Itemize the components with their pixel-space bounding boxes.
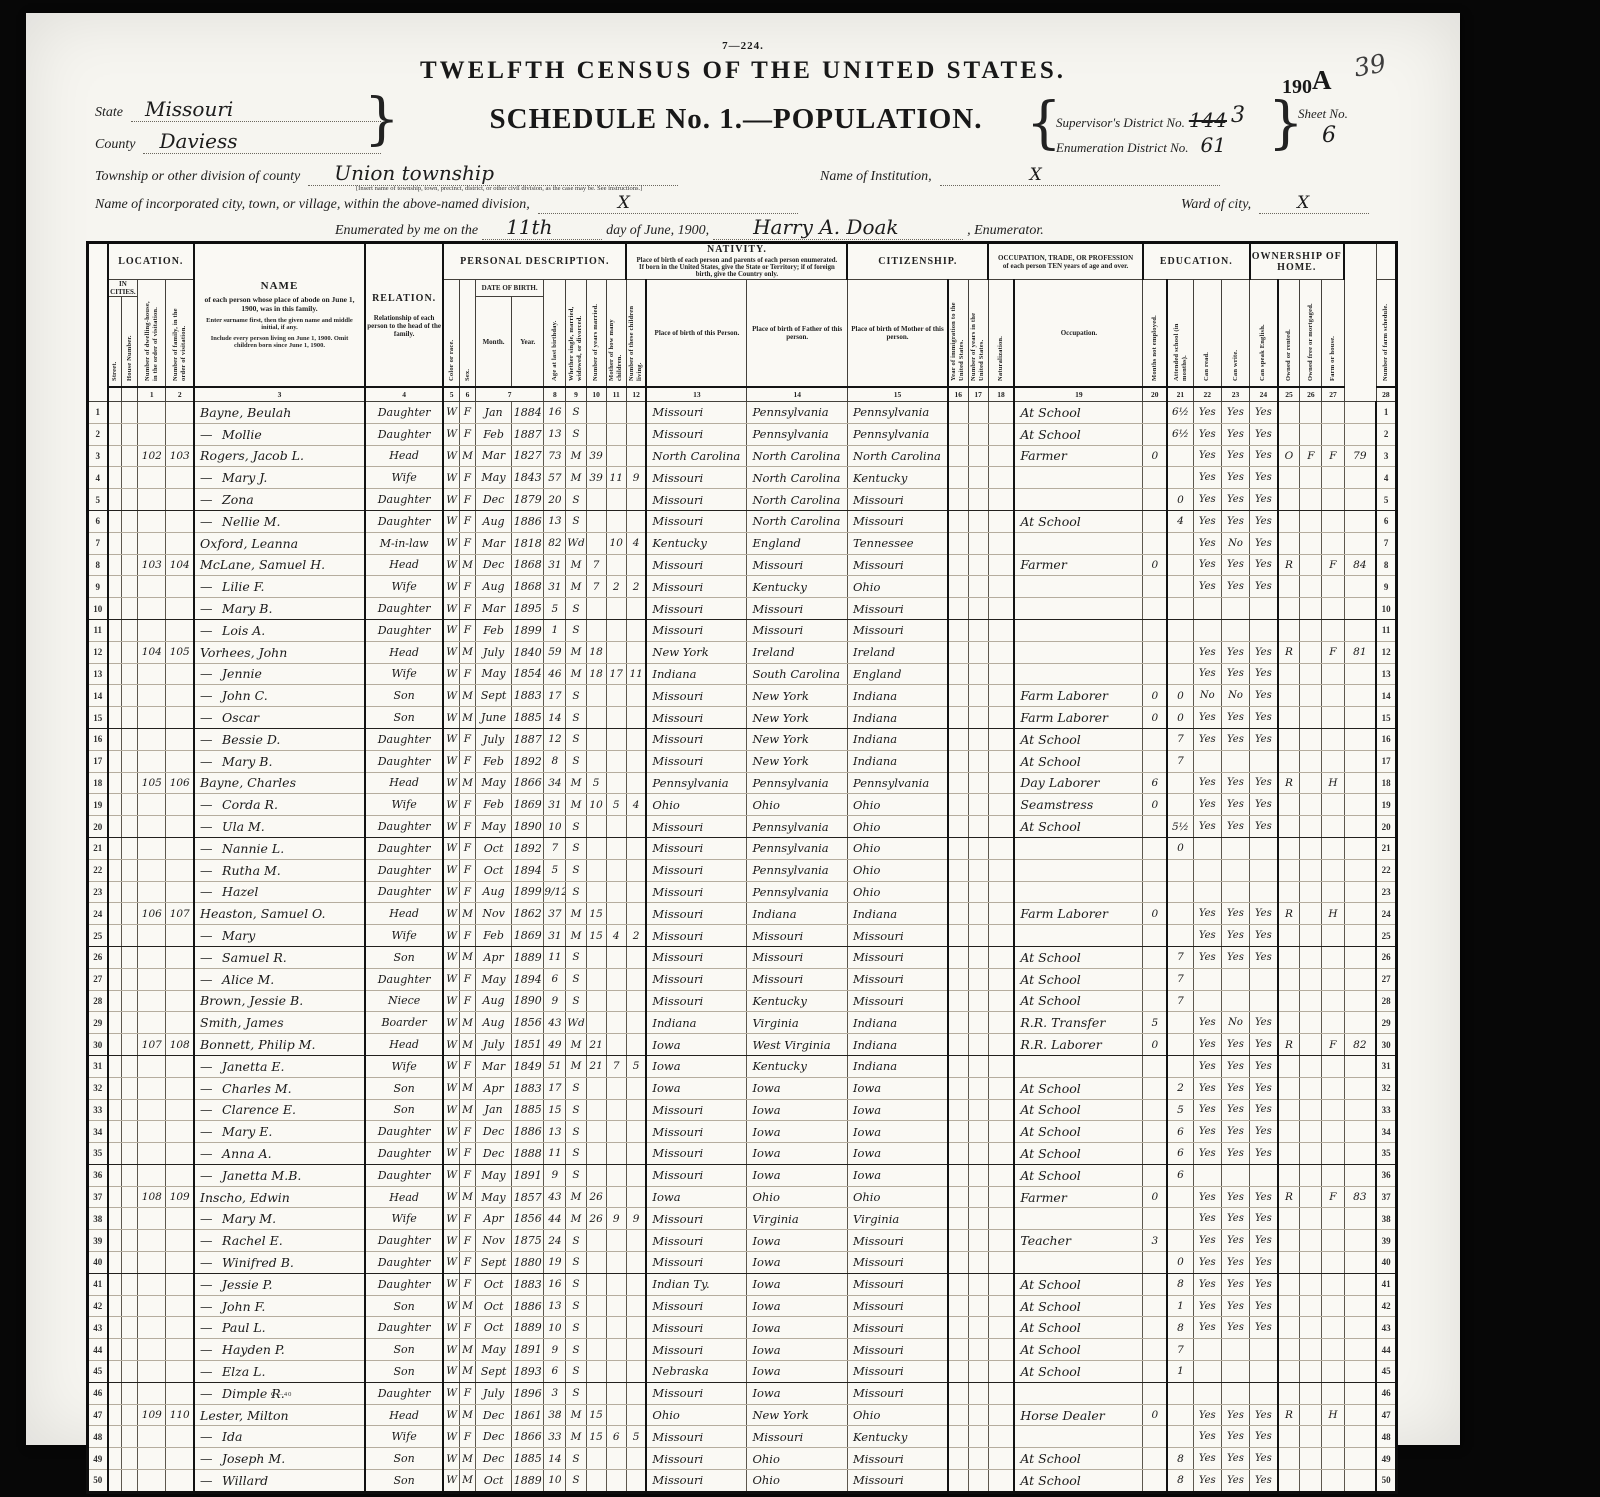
birthplace-mother: Indiana (847, 1055, 948, 1077)
speaks-english: Yes (1250, 1252, 1278, 1274)
dwelling-number (138, 837, 166, 859)
birthplace-mother: Missouri (847, 1252, 948, 1274)
farm-schedule (1344, 467, 1376, 489)
years-in-us (968, 663, 988, 685)
birthplace-mother: Virginia (847, 1208, 948, 1230)
free-or-mortgaged (1300, 1164, 1322, 1186)
supervisor-district-label: Supervisor's District No. (1056, 115, 1185, 130)
birthplace-father: Missouri (747, 946, 848, 968)
mother-of-children (606, 1164, 626, 1186)
occupation (1014, 1055, 1143, 1077)
col-header-family-number: Number of family, in the order of visita… (166, 280, 194, 388)
can-read: Yes (1193, 903, 1221, 925)
form-number: 7—224. (26, 40, 1460, 52)
farm-schedule (1344, 1361, 1376, 1383)
owned-or-rented (1278, 1252, 1300, 1274)
children-living (626, 837, 646, 859)
naturalization (988, 685, 1014, 707)
farm-or-house: F (1322, 1034, 1344, 1056)
immigration-year (948, 1012, 968, 1034)
speaks-english: Yes (1250, 816, 1278, 838)
birthplace-mother: Ireland (847, 641, 948, 663)
sex: F (459, 816, 475, 838)
occupation (1014, 859, 1143, 881)
naturalization (988, 598, 1014, 620)
birthplace-mother: Indiana (847, 1012, 948, 1034)
months-not-employed: 0 (1143, 1034, 1167, 1056)
speaks-english (1250, 1382, 1278, 1404)
color: W (443, 946, 459, 968)
farm-schedule: 83 (1344, 1186, 1376, 1208)
naturalization (988, 1252, 1014, 1274)
months-not-employed: 0 (1143, 1404, 1167, 1426)
col-number: 4 (365, 387, 443, 402)
birthplace-person: Missouri (646, 990, 747, 1012)
birth-year: 1851 (512, 1034, 544, 1056)
can-read (1193, 859, 1221, 881)
years-in-us (968, 1273, 988, 1295)
years-in-us (968, 946, 988, 968)
relation: Head (365, 445, 443, 467)
owned-or-rented (1278, 1448, 1300, 1470)
free-or-mortgaged (1300, 641, 1322, 663)
mother-of-children: 2 (606, 576, 626, 598)
dwelling-number (138, 663, 166, 685)
school-months (1167, 1426, 1193, 1448)
farm-schedule (1344, 1208, 1376, 1230)
birth-month: Oct (475, 1470, 511, 1493)
school-months: 0 (1167, 685, 1193, 707)
owned-or-rented (1278, 1273, 1300, 1295)
birth-year: 1883 (512, 685, 544, 707)
farm-schedule (1344, 903, 1376, 925)
house-number (122, 1470, 138, 1493)
years-married (586, 402, 606, 424)
years-in-us (968, 1382, 988, 1404)
relation: Head (365, 641, 443, 663)
birth-year: 1861 (512, 1404, 544, 1426)
birthplace-father: Iowa (747, 1099, 848, 1121)
birthplace-father: Missouri (747, 968, 848, 990)
farm-schedule: 82 (1344, 1034, 1376, 1056)
row-number: 44 (88, 1339, 108, 1361)
birthplace-father: Pennsylvania (747, 423, 848, 445)
marital-status: S (566, 402, 586, 424)
dwelling-number: 106 (138, 903, 166, 925)
row-number: 43 (1376, 1317, 1396, 1339)
farm-or-house (1322, 1361, 1344, 1383)
occupation: R.R. Laborer (1014, 1034, 1143, 1056)
farm-or-house (1322, 925, 1344, 947)
census-sheet: 7—224. TWELFTH CENSUS OF THE UNITED STAT… (26, 13, 1460, 1445)
row-number: 42 (1376, 1295, 1396, 1317)
farm-or-house (1322, 402, 1344, 424)
farm-schedule (1344, 946, 1376, 968)
speaks-english: Yes (1250, 663, 1278, 685)
col-header-children-living: Number of these children living. (626, 280, 646, 388)
birth-month: Feb (475, 750, 511, 772)
months-not-employed (1143, 1121, 1167, 1143)
street (108, 685, 122, 707)
dwelling-number: 103 (138, 554, 166, 576)
can-read: Yes (1193, 663, 1221, 685)
children-living (626, 1077, 646, 1099)
dwelling-number: 109 (138, 1404, 166, 1426)
owned-or-rented (1278, 837, 1300, 859)
farm-or-house (1322, 1295, 1344, 1317)
immigration-year (948, 1252, 968, 1274)
dwelling-number (138, 1208, 166, 1230)
row-number: 4 (1376, 467, 1396, 489)
owned-or-rented (1278, 423, 1300, 445)
birth-year: 1885 (512, 707, 544, 729)
street (108, 816, 122, 838)
months-not-employed (1143, 990, 1167, 1012)
house-number (122, 968, 138, 990)
years-in-us (968, 925, 988, 947)
years-married (586, 1121, 606, 1143)
mother-of-children (606, 685, 626, 707)
color: W (443, 663, 459, 685)
color: W (443, 1143, 459, 1165)
sex: F (459, 1055, 475, 1077)
speaks-english: Yes (1250, 445, 1278, 467)
mother-of-children (606, 489, 626, 511)
birthplace-person: Missouri (646, 837, 747, 859)
naturalization (988, 1230, 1014, 1252)
immigration-year (948, 859, 968, 881)
family-number (166, 1230, 194, 1252)
children-living (626, 1273, 646, 1295)
sheet-label: Sheet No. (1298, 106, 1348, 121)
immigration-year (948, 1121, 968, 1143)
speaks-english: Yes (1250, 489, 1278, 511)
birthplace-mother: Ohio (847, 859, 948, 881)
street (108, 489, 122, 511)
dwelling-number (138, 402, 166, 424)
can-read: Yes (1193, 1252, 1221, 1274)
school-months (1167, 598, 1193, 620)
birth-year: 1886 (512, 1121, 544, 1143)
can-write: Yes (1221, 1273, 1249, 1295)
birth-year: 1891 (512, 1164, 544, 1186)
owned-or-rented (1278, 467, 1300, 489)
color: W (443, 881, 459, 903)
marital-status: M (566, 576, 586, 598)
years-in-us (968, 1230, 988, 1252)
birthplace-mother: Missouri (847, 1339, 948, 1361)
immigration-year (948, 402, 968, 424)
family-number (166, 750, 194, 772)
free-or-mortgaged (1300, 1273, 1322, 1295)
birthplace-father: Pennsylvania (747, 816, 848, 838)
birth-month: Mar (475, 598, 511, 620)
color: W (443, 510, 459, 532)
birth-month: Dec (475, 1426, 511, 1448)
immigration-year (948, 1404, 968, 1426)
color: W (443, 1230, 459, 1252)
farm-or-house (1322, 1273, 1344, 1295)
speaks-english (1250, 990, 1278, 1012)
color: W (443, 1382, 459, 1404)
can-write (1221, 968, 1249, 990)
free-or-mortgaged (1300, 1055, 1322, 1077)
free-or-mortgaged (1300, 816, 1322, 838)
occupation: At School (1014, 750, 1143, 772)
row-number: 1 (1376, 402, 1396, 424)
years-married (586, 1077, 606, 1099)
can-read: Yes (1193, 1273, 1221, 1295)
dwelling-number (138, 1470, 166, 1493)
can-write: Yes (1221, 1121, 1249, 1143)
can-read: Yes (1193, 1317, 1221, 1339)
color: W (443, 1295, 459, 1317)
street (108, 1317, 122, 1339)
immigration-year (948, 1273, 968, 1295)
birth-year: 1892 (512, 750, 544, 772)
color: W (443, 1273, 459, 1295)
months-not-employed (1143, 402, 1167, 424)
occupation (1014, 576, 1143, 598)
house-number (122, 641, 138, 663)
row-number: 48 (1376, 1426, 1396, 1448)
years-married: 18 (586, 663, 606, 685)
relation: Wife (365, 1055, 443, 1077)
house-number (122, 1077, 138, 1099)
years-married (586, 881, 606, 903)
name: —Jennie (194, 663, 365, 685)
family-number (166, 510, 194, 532)
family-number (166, 1252, 194, 1274)
name: —Samuel R. (194, 946, 365, 968)
months-not-employed (1143, 1099, 1167, 1121)
can-read: Yes (1193, 1099, 1221, 1121)
occupation (1014, 925, 1143, 947)
mother-of-children (606, 1077, 626, 1099)
color: W (443, 707, 459, 729)
name: —Oscar (194, 707, 365, 729)
birthplace-person: Missouri (646, 1121, 747, 1143)
birth-year: 1827 (512, 445, 544, 467)
birth-year: 1892 (512, 837, 544, 859)
naturalization (988, 816, 1014, 838)
immigration-year (948, 1143, 968, 1165)
color: W (443, 1099, 459, 1121)
birth-year: 1884 (512, 402, 544, 424)
row-number: 2 (88, 423, 108, 445)
row-number: 29 (88, 1012, 108, 1034)
owned-or-rented (1278, 946, 1300, 968)
birth-month: Aug (475, 990, 511, 1012)
birth-month: Oct (475, 1295, 511, 1317)
house-number (122, 554, 138, 576)
birthplace-person: Missouri (646, 1317, 747, 1339)
years-in-us (968, 1208, 988, 1230)
color: W (443, 532, 459, 554)
family-number (166, 1208, 194, 1230)
col-header-naturalization: Naturalization. (988, 280, 1014, 388)
birth-year: 1866 (512, 772, 544, 794)
months-not-employed (1143, 1448, 1167, 1470)
row-number: 49 (88, 1448, 108, 1470)
immigration-year (948, 1361, 968, 1383)
farm-schedule (1344, 1055, 1376, 1077)
immigration-year (948, 685, 968, 707)
birthplace-mother: Missouri (847, 510, 948, 532)
years-in-us (968, 968, 988, 990)
birthplace-mother: Missouri (847, 1230, 948, 1252)
institution-label: Name of Institution, (820, 169, 932, 184)
owned-or-rented (1278, 1164, 1300, 1186)
birth-year: 1893 (512, 1361, 544, 1383)
owned-or-rented (1278, 663, 1300, 685)
birthplace-father: New York (747, 685, 848, 707)
immigration-year (948, 1164, 968, 1186)
years-in-us (968, 1339, 988, 1361)
enumeration-district-value: 61 (1201, 133, 1226, 157)
age: 31 (544, 794, 566, 816)
page-title: TWELFTH CENSUS OF THE UNITED STATES. (26, 57, 1460, 85)
birthplace-person: Missouri (646, 619, 747, 641)
marital-status: Wd (566, 1012, 586, 1034)
free-or-mortgaged (1300, 1295, 1322, 1317)
birthplace-mother: Indiana (847, 707, 948, 729)
can-write: Yes (1221, 794, 1249, 816)
occupation: Farm Laborer (1014, 707, 1143, 729)
naturalization (988, 1317, 1014, 1339)
can-read: Yes (1193, 1034, 1221, 1056)
can-read: Yes (1193, 467, 1221, 489)
age: 43 (544, 1012, 566, 1034)
sex: F (459, 576, 475, 598)
speaks-english: Yes (1250, 1404, 1278, 1426)
years-in-us (968, 598, 988, 620)
can-read: Yes (1193, 445, 1221, 467)
occupation: At School (1014, 510, 1143, 532)
township-note: [Insert name of township, town, precinct… (356, 185, 642, 192)
sex: F (459, 663, 475, 685)
children-living: 5 (626, 1055, 646, 1077)
dwelling-number (138, 1099, 166, 1121)
house-number (122, 619, 138, 641)
farm-or-house (1322, 576, 1344, 598)
birthplace-father: Kentucky (747, 1055, 848, 1077)
street (108, 903, 122, 925)
birthplace-person: Missouri (646, 489, 747, 511)
name: —Janetta M.B. (194, 1164, 365, 1186)
mother-of-children (606, 1012, 626, 1034)
farm-or-house (1322, 816, 1344, 838)
owned-or-rented (1278, 1295, 1300, 1317)
years-in-us (968, 1012, 988, 1034)
name: —Mollie (194, 423, 365, 445)
owned-or-rented (1278, 1077, 1300, 1099)
color: W (443, 489, 459, 511)
months-not-employed: 0 (1143, 1186, 1167, 1208)
dwelling-number (138, 946, 166, 968)
years-married (586, 1470, 606, 1493)
can-read (1193, 990, 1221, 1012)
school-months: 1 (1167, 1295, 1193, 1317)
row-number: 3 (1376, 445, 1396, 467)
naturalization (988, 1077, 1014, 1099)
col-number: 20 (1143, 387, 1167, 402)
birth-year: 1899 (512, 881, 544, 903)
birth-year: 1890 (512, 816, 544, 838)
mother-of-children (606, 837, 626, 859)
name: —Mary J. (194, 467, 365, 489)
sex: M (459, 1404, 475, 1426)
family-number (166, 402, 194, 424)
school-months: 8 (1167, 1470, 1193, 1493)
row-number: 11 (1376, 619, 1396, 641)
sex: F (459, 859, 475, 881)
row-number: 18 (88, 772, 108, 794)
years-married (586, 728, 606, 750)
occupation: At School (1014, 1273, 1143, 1295)
birth-month: Apr (475, 1208, 511, 1230)
birthplace-mother: Ohio (847, 1404, 948, 1426)
row-number: 23 (88, 881, 108, 903)
free-or-mortgaged (1300, 794, 1322, 816)
free-or-mortgaged (1300, 576, 1322, 598)
years-in-us (968, 1121, 988, 1143)
birthplace-mother: Missouri (847, 1361, 948, 1383)
mother-of-children (606, 554, 626, 576)
school-months (1167, 1230, 1193, 1252)
occupation: At School (1014, 946, 1143, 968)
occupation: Day Laborer (1014, 772, 1143, 794)
row-number: 39 (88, 1230, 108, 1252)
years-in-us (968, 619, 988, 641)
birth-month: May (475, 663, 511, 685)
birthplace-mother: Missouri (847, 598, 948, 620)
row-number: 24 (1376, 903, 1396, 925)
years-in-us (968, 1361, 988, 1383)
marital-status: M (566, 467, 586, 489)
col-number: 24 (1250, 387, 1278, 402)
street (108, 467, 122, 489)
birthplace-person: Missouri (646, 903, 747, 925)
ward-field: Ward of city, X (1181, 193, 1369, 214)
occupation (1014, 881, 1143, 903)
birthplace-mother: Missouri (847, 619, 948, 641)
years-married (586, 707, 606, 729)
birth-year: 1895 (512, 598, 544, 620)
birthplace-father: Missouri (747, 1426, 848, 1448)
children-living (626, 1361, 646, 1383)
birthplace-person: Missouri (646, 423, 747, 445)
enumerated-day: 11th (506, 215, 552, 239)
marital-status: M (566, 772, 586, 794)
speaks-english: Yes (1250, 1186, 1278, 1208)
farm-schedule (1344, 1143, 1376, 1165)
can-write: Yes (1221, 1317, 1249, 1339)
can-write: Yes (1221, 1404, 1249, 1426)
naturalization (988, 1034, 1014, 1056)
immigration-year (948, 968, 968, 990)
farm-schedule (1344, 1317, 1376, 1339)
school-months: 7 (1167, 728, 1193, 750)
can-write: Yes (1221, 707, 1249, 729)
birth-month: Aug (475, 576, 511, 598)
years-married (586, 1382, 606, 1404)
months-not-employed: 6 (1143, 772, 1167, 794)
marital-status: M (566, 663, 586, 685)
owned-or-rented (1278, 881, 1300, 903)
years-married (586, 1361, 606, 1383)
birth-year: 1866 (512, 1426, 544, 1448)
